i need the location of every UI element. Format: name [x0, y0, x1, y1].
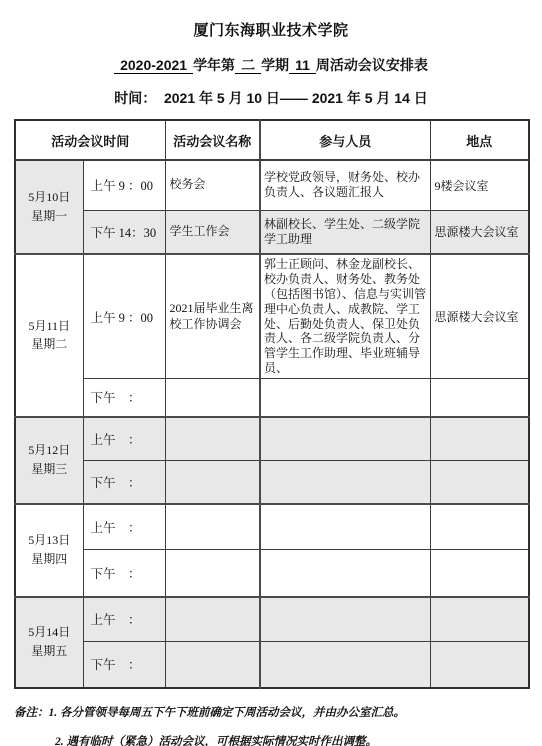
meeting-name-cell: 2021届毕业生离校工作协调会 [165, 254, 260, 379]
meeting-time-cell: 上午 ： [83, 417, 165, 461]
table-row: 5月11日 星期二 上午 9 ：00 2021届毕业生离校工作协调会 郭士正顾问… [15, 254, 529, 379]
location-cell: 思源楼大会议室 [430, 210, 529, 254]
subtitle-term: 二 [235, 57, 261, 74]
meeting-name-cell [165, 550, 260, 597]
meeting-name-cell [165, 504, 260, 550]
location-cell [430, 417, 529, 461]
meeting-time-cell: 下午 ： [83, 461, 165, 504]
participants-cell [260, 504, 430, 550]
participants-cell: 学校党政领导，财务处、校办负责人、各议题汇报人 [260, 160, 430, 210]
table-row: 下午 ： [15, 379, 529, 417]
meeting-name-cell [165, 417, 260, 461]
date-label: 5月14日 [20, 623, 79, 642]
date-label: 5月13日 [20, 531, 79, 550]
meeting-time-cell: 上午 9 ：00 [83, 254, 165, 379]
header-cell-meeting-time: 活动会议时间 [15, 120, 165, 160]
date-cell: 5月14日 星期五 [15, 597, 83, 688]
table-row: 下午 ： [15, 550, 529, 597]
subtitle-text-2: 学期 [261, 57, 289, 73]
participants-cell [260, 550, 430, 597]
location-cell [430, 504, 529, 550]
meeting-time-cell: 下午 ： [83, 379, 165, 417]
date-label: 5月11日 [20, 317, 79, 336]
meeting-time-cell: 下午 14：30 [83, 210, 165, 254]
date-cell: 5月10日 星期一 [15, 160, 83, 254]
location-cell [430, 550, 529, 597]
date-range-line: 时间： 2021 年 5 月 10 日—— 2021 年 5 月 14 日 [14, 88, 528, 108]
header-cell-meeting-name: 活动会议名称 [165, 120, 260, 160]
meeting-time-cell: 上午 ： [83, 597, 165, 642]
footnote-2: 2. 遇有临时（紧急）活动会议，可根据实际情况实时作出调整。 [14, 733, 528, 746]
weekday-label: 星期一 [20, 207, 79, 226]
subtitle-academic-year: 2020-2021 [114, 57, 193, 74]
date-cell: 5月12日 星期三 [15, 417, 83, 504]
table-row: 5月13日 星期四 上午 ： [15, 504, 529, 550]
weekday-label: 星期二 [20, 335, 79, 354]
meeting-time-cell: 上午 ： [83, 504, 165, 550]
meeting-name-cell [165, 379, 260, 417]
page-title: 厦门东海职业技术学院 [14, 19, 528, 40]
participants-cell: 郭士正顾问、林金龙副校长、校办负责人、财务处、教务处（包括图书馆）、信息与实训管… [260, 254, 430, 379]
date-cell: 5月13日 星期四 [15, 504, 83, 597]
subtitle-text-1: 学年第 [193, 57, 235, 73]
date-label: 5月10日 [20, 188, 79, 207]
table-header-row: 活动会议时间 活动会议名称 参与人员 地点 [15, 120, 529, 160]
meeting-time-cell: 下午 ： [83, 642, 165, 688]
meeting-time-cell: 下午 ： [83, 550, 165, 597]
location-cell: 9楼会议室 [430, 160, 529, 210]
participants-cell [260, 379, 430, 417]
location-cell [430, 597, 529, 642]
table-row: 下午 14：30 学生工作会 林副校长、学生处、二级学院学工助理 思源楼大会议室 [15, 210, 529, 254]
location-cell [430, 461, 529, 504]
footnote-1: 备注：1. 各分管领导每周五下午下班前确定下周活动会议，并由办公室汇总。 [14, 704, 528, 720]
meeting-schedule-table: 活动会议时间 活动会议名称 参与人员 地点 5月10日 星期一 上午 9 ：00… [14, 119, 530, 689]
meeting-time-cell: 上午 9 ：00 [83, 160, 165, 210]
table-row: 5月12日 星期三 上午 ： [15, 417, 529, 461]
participants-cell: 林副校长、学生处、二级学院学工助理 [260, 210, 430, 254]
meeting-name-cell [165, 642, 260, 688]
location-cell [430, 642, 529, 688]
subtitle-week: 11 [289, 57, 316, 74]
weekday-label: 星期五 [20, 642, 79, 661]
location-cell [430, 379, 529, 417]
weekday-label: 星期四 [20, 550, 79, 569]
participants-cell [260, 597, 430, 642]
date-label: 5月12日 [20, 441, 79, 460]
participants-cell [260, 417, 430, 461]
footnotes: 备注：1. 各分管领导每周五下午下班前确定下周活动会议，并由办公室汇总。 2. … [14, 704, 528, 746]
page-subtitle: 2020-2021学年第二学期11周活动会议安排表 [14, 55, 528, 75]
table-row: 5月10日 星期一 上午 9 ：00 校务会 学校党政领导，财务处、校办负责人、… [15, 160, 529, 210]
header-cell-location: 地点 [430, 120, 529, 160]
table-row: 下午 ： [15, 642, 529, 688]
location-cell: 思源楼大会议室 [430, 254, 529, 379]
table-row: 5月14日 星期五 上午 ： [15, 597, 529, 642]
weekday-label: 星期三 [20, 460, 79, 479]
participants-cell [260, 642, 430, 688]
document-page: 厦门东海职业技术学院 2020-2021学年第二学期11周活动会议安排表 时间：… [0, 19, 542, 746]
subtitle-text-3: 周活动会议安排表 [316, 57, 428, 73]
participants-cell [260, 461, 430, 504]
meeting-name-cell [165, 597, 260, 642]
meeting-name-cell: 校务会 [165, 160, 260, 210]
meeting-name-cell [165, 461, 260, 504]
meeting-name-cell: 学生工作会 [165, 210, 260, 254]
date-cell: 5月11日 星期二 [15, 254, 83, 417]
header-cell-participants: 参与人员 [260, 120, 430, 160]
table-row: 下午 ： [15, 461, 529, 504]
